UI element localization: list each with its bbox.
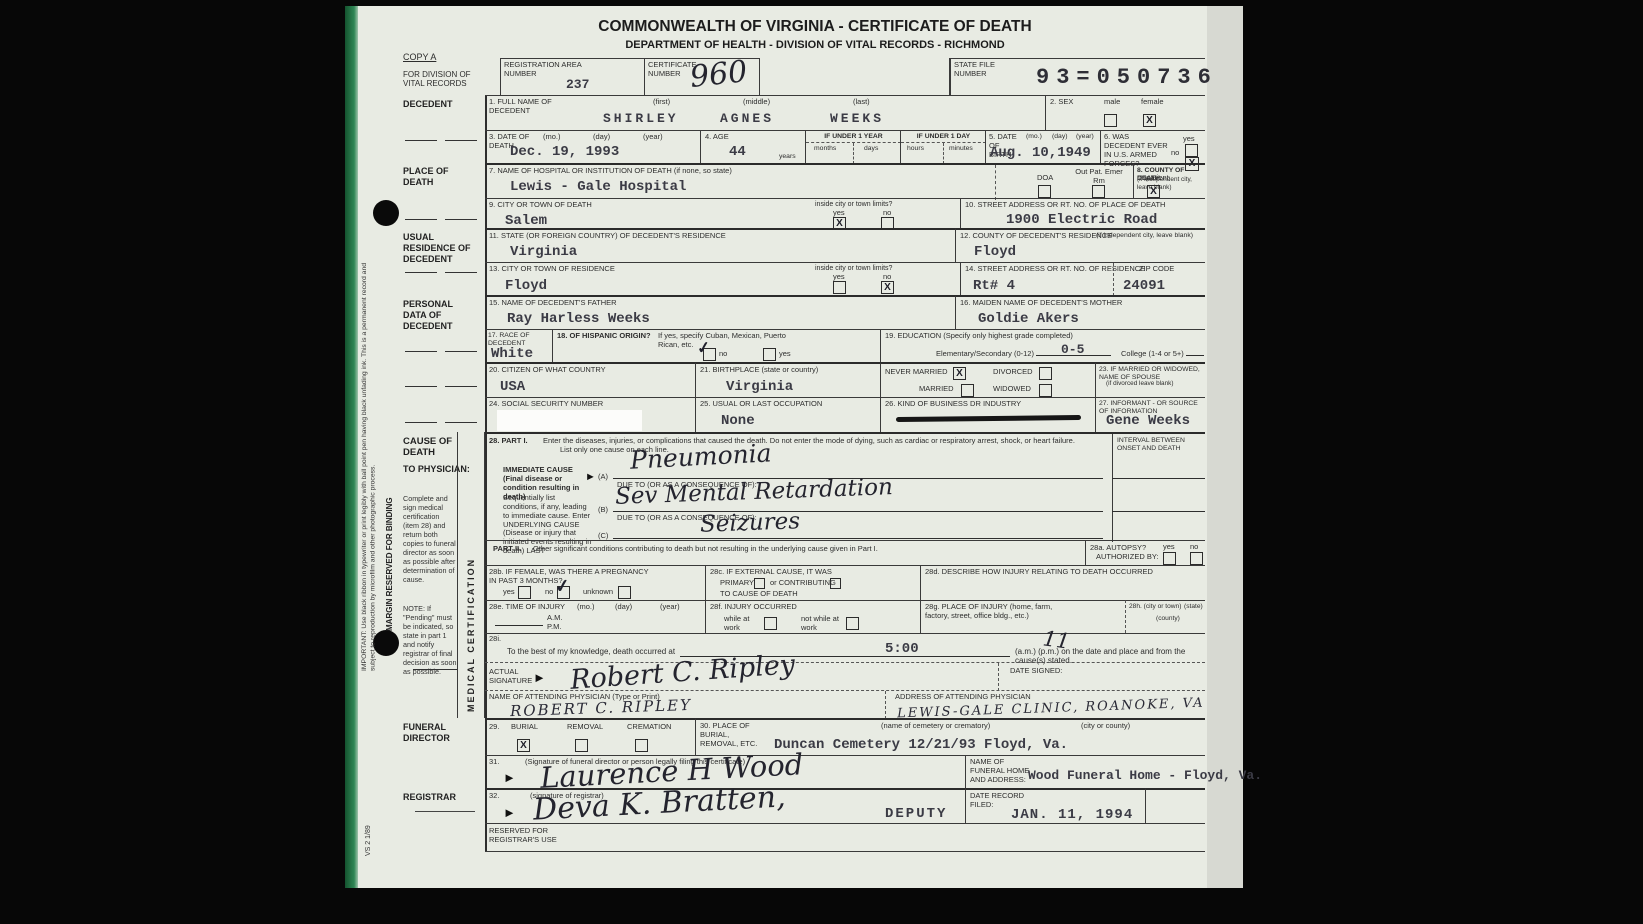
field-8-label2: (if independent city, leave blank) [1137,176,1203,191]
field-10-street: 10. STREET ADDRESS OR RT. NO. OF PLACE O… [960,198,1205,228]
registration-area-value: 237 [566,77,589,92]
field-28h-city-label: 28h. (city or town) [1129,603,1181,611]
primary-label: PRIMARY [720,579,754,588]
field-11-label: 11. STATE (OR FOREIGN COUNTRY) OF DECEDE… [489,232,726,241]
divider-dash [405,422,437,423]
pm-handwritten-mark: 11 [1041,626,1071,653]
autopsy-yes-checkbox [1163,552,1176,565]
divider-dash [445,140,477,141]
field-28f-injury-occurred: 28f. INJURY OCCURRED while at work not w… [705,600,920,633]
field-22-never-married-label: NEVER MARRIED [885,368,948,377]
field-28d-describe-injury: 28d. DESCRIBE HOW INJURY RELATING TO DEA… [920,565,1205,600]
part2-text: Other significant conditions contributin… [533,545,1073,554]
certificate-sheet: IMPORTANT: Use black ribbon in typewrite… [345,6,1243,888]
deputy-value: DEPUTY [885,806,947,822]
actual-signature-arrow-icon: ► [533,670,546,685]
certificate-number-value: 960 [688,54,749,95]
autopsy-authorized-label: AUTHORIZED BY: [1096,553,1159,562]
actual-signature-label-2: SIGNATURE [489,677,532,686]
field-32-label: 32. [489,792,499,801]
field-8-county-of-death: 8. COUNTY OF DEATH (if independent city,… [1133,163,1205,198]
part1-label: 28. PART I. [489,437,528,446]
informant-value: Gene Weeks [1106,413,1190,429]
line-b-label: (B) [598,506,608,515]
divorced-checkbox [1039,367,1052,380]
field-30-label: 30. PLACE OF BURIAL, REMOVAL, ETC. [700,722,760,749]
field-28i-label: 28i. [489,635,501,644]
under-1-year-months: months [814,145,836,153]
under-1-day-rule [901,142,986,143]
outpat-label: Out Pat. Emer Rm [1075,168,1123,186]
hispanic-yes-checkbox [763,348,776,361]
place-of-burial-value: Duncan Cemetery 12/21/93 Floyd, Va. [774,737,1068,753]
decedent-first-name: SHIRLEY [603,111,679,126]
limits-label-13: inside city or town limits? [815,265,905,273]
armed-forces-no-label: no [1171,149,1179,158]
interval-label: INTERVAL BETWEEN ONSET AND DEATH [1117,437,1202,453]
line-b-rule [613,511,1103,512]
primary-checkbox [754,578,765,589]
attending-physician-row: NAME OF ATTENDING PHYSICIAN (Type or Pri… [485,690,1205,718]
field-5-yr: (year) [1076,133,1094,141]
registrar-signature-arrow-icon: ► [503,805,516,820]
field-15-father: 15. NAME OF DECEDENT'S FATHER Ray Harles… [485,295,955,329]
removal-checkbox [575,739,588,752]
under-1-day-divider [943,143,944,164]
under-1-day-label: IF UNDER 1 DAY [901,133,986,141]
field-28i-text: To the best of my knowledge, death occur… [507,647,675,656]
line-a-label: (A) [598,473,608,482]
medical-certification-label: MEDICAL CERTIFICATION [466,442,476,712]
injury-mo-label: (mo.) [577,603,595,612]
field-28h-state-label: (state) [1184,603,1203,611]
field-12-residence-county: 12. COUNTY OF DECEDENT'S RESIDENCE (if i… [955,228,1205,262]
certificate-number-box: CERTIFICATE NUMBER 960 [645,58,760,96]
actual-signature-row: ACTUAL SIGNATURE ► Robert C. Ripley DATE… [485,662,1205,690]
field-28b-pregnancy: 28b. IF FEMALE, WAS THERE A PREGNANCY IN… [485,565,705,600]
field-32-registrar-signature: 32. (signature of registrar) ► Deva K. B… [485,788,965,823]
field-21-label: 21. BIRTHPLACE (state or country) [700,366,818,375]
field-11-residence-state: 11. STATE (OR FOREIGN COUNTRY) OF DECEDE… [485,228,955,262]
certificate-title: COMMONWEALTH OF VIRGINIA - CERTIFICATE O… [495,18,1135,36]
field-3-mo: (mo.) [543,133,561,142]
field-28-part1: 28. PART I. Enter the diseases, injuries… [485,432,1205,540]
under-1-year-rule [806,142,901,143]
sex-female-label: female [1141,98,1164,107]
removal-label: REMOVAL [567,723,603,732]
field-26-label: 26. KIND OF BUSINESS DR INDUSTRY [885,400,1021,409]
city-county-sublabel: (city or county) [1081,722,1130,731]
while-at-work-label: while at work [724,615,759,633]
divider-dash [445,422,477,423]
field-1-label: 1. FULL NAME OF DECEDENT [489,98,559,116]
field-5-date-of-birth: 5. DATE OF BIRTH (mo.) (day) (year) Aug.… [985,130,1100,163]
cremation-checkbox [635,739,648,752]
married-label: MARRIED [919,385,954,394]
field-24-ssn: 24. SOCIAL SECURITY NUMBER [485,397,695,432]
date-of-death-value: Dec. 19, 1993 [510,144,619,160]
education-college-line [1186,355,1204,356]
pregnancy-no-label: no [545,588,553,597]
copy-a-label: COPY A [403,52,436,63]
registrar-empty-box [1145,788,1205,823]
never-married-checkbox: X [953,367,966,380]
doa-label: DOA [1037,174,1053,183]
decedent-last-name: WEEKS [830,111,884,126]
doa-checkbox [1038,185,1051,198]
field-18-label: 18. OF HISPANIC ORIGIN? [557,332,651,341]
residence-state-value: Virginia [510,244,577,260]
education-elementary-line [1036,355,1111,356]
outpat-checkbox [1092,185,1105,198]
reserved-label: RESERVED FOR REGISTRAR'S USE [489,827,559,845]
field-18-hispanic: 18. OF HISPANIC ORIGIN? If yes, specify … [552,329,880,362]
field-25-label: 25. USUAL OR LAST OCCUPATION [700,400,822,409]
pm-label: P.M. [547,623,561,632]
field-3-yr: (year) [643,133,663,142]
reserved-row: RESERVED FOR REGISTRAR'S USE [485,823,1205,852]
field-1-first-label: (first) [653,98,670,107]
field-5-day: (day) [1052,133,1068,141]
field-13-residence-city: 13. CITY OR TOWN OF RESIDENCE Floyd insi… [485,262,960,295]
date-record-filed-box: DATE RECORD FILED: JAN. 11, 1994 [965,788,1145,823]
field-10-label: 10. STREET ADDRESS OR RT. NO. OF PLACE O… [965,201,1165,210]
header-spacer-box [760,58,950,96]
page-right-edge [1207,6,1243,888]
field-19-education: 19. EDUCATION (Specify only highest grad… [880,329,1205,362]
field-26-industry: 26. KIND OF BUSINESS DR INDUSTRY [880,397,1095,432]
education-elementary-label: Elementary/Secondary (0-12) [936,350,1034,359]
funeral-signature-arrow-icon: ► [503,770,516,785]
physician-address-label: ADDRESS OF ATTENDING PHYSICIAN [895,693,1031,702]
residence-street-value: Rt# 4 [973,278,1015,294]
copy-for-label: FOR DIVISION OF VITAL RECORDS [403,70,483,89]
divider-dash [445,386,477,387]
field-23-spouse: 23. IF MARRIED OR WIDOWED, NAME OF SPOUS… [1095,362,1205,397]
armed-forces-yes-label: yes [1183,135,1195,144]
field-12-label: 12. COUNTY OF DECEDENT'S RESIDENCE [960,232,1112,241]
field-28f-label: 28f. INJURY OCCURRED [710,603,797,612]
immediate-cause-arrow-icon: ► [585,471,596,483]
pregnancy-unknown-label: unknown [583,588,613,597]
physician-note-2: NOTE: If "Pending" must be indicated, so… [403,604,457,676]
field-18-label2: If yes, specify Cuban, Mexican, Puerto R… [658,332,808,350]
punch-hole-top [373,200,399,226]
pregnancy-unknown-checkbox [618,586,631,599]
date-signed-label: DATE SIGNED: [1010,667,1062,676]
scanned-death-certificate: IMPORTANT: Use black ribbon in typewrite… [0,0,1643,924]
divider-dash [415,811,475,812]
divider-dash [445,272,477,273]
margin-important-note: IMPORTANT: Use black ribbon in typewrite… [361,261,383,671]
widowed-checkbox [1039,384,1052,397]
state-file-label: STATE FILE NUMBER [954,61,1014,79]
field-29-disposition: 29. BURIAL REMOVAL CREMATION X [485,718,695,755]
under-1-year-days: days [864,145,878,153]
section-personal-data: PERSONAL DATA OF DECEDENT [403,299,473,331]
hispanic-no-checkmark: ✓ [696,337,712,359]
field-5-mo: (mo.) [1026,133,1042,141]
section-registrar: REGISTRAR [403,792,456,803]
hispanic-no-label: no [719,350,727,359]
city-of-death-value: Salem [505,213,547,229]
form-number: VS 2 1/89 [365,796,374,856]
date-filed-value: JAN. 11, 1994 [1011,807,1133,823]
field-1-last-label: (last) [853,98,870,107]
father-name-value: Ray Harless Weeks [507,311,650,327]
limits-13-no-checkbox: X [881,281,894,294]
field-9-label: 9. CITY OR TOWN OF DEATH [489,201,592,210]
field-2-sex: 2. SEX male female X [1045,95,1205,130]
date-of-birth-value: Aug. 10,1949 [990,145,1091,161]
medical-certification-strip: MEDICAL CERTIFICATION [457,432,485,718]
field-9-city-of-death: 9. CITY OR TOWN OF DEATH Salem inside ci… [485,198,960,228]
field-14-residence-street: 14. STREET ADDRESS OR RT. NO. OF RESIDEN… [960,262,1205,295]
education-college-label: College (1-4 or 5+) [1121,350,1184,359]
cremation-label: CREMATION [627,723,671,732]
funeral-home-label: NAME OF FUNERAL HOME AND ADDRESS: [970,758,1030,785]
field-14-label: 14. STREET ADDRESS OR RT. NO. OF RESIDEN… [965,265,1145,274]
field-28c-label: 28c. IF EXTERNAL CAUSE, IT WAS [710,568,832,577]
field-4-under-1-year: IF UNDER 1 YEAR months days [805,130,900,163]
under-1-year-label: IF UNDER 1 YEAR [806,133,901,141]
burial-label: BURIAL [511,723,538,732]
physician-address-divider [885,691,886,719]
field-4-age: 4. AGE 44 years [700,130,805,163]
field-25-occupation: 25. USUAL OR LAST OCCUPATION None [695,397,880,432]
divorced-label: DIVORCED [993,368,1033,377]
field-3-date-of-death: 3. DATE OF DEATH (mo.) (day) (year) Dec.… [485,130,700,163]
field-29-label: 29. [489,723,499,732]
hispanic-yes-label: yes [779,350,791,359]
field-22-marital-status: NEVER MARRIED X DIVORCED MARRIED WIDOWED [880,362,1095,397]
under-1-year-divider [853,143,854,164]
field-7-label: 7. NAME OF HOSPITAL OR INSTITUTION OF DE… [489,167,732,176]
physician-note-1: Complete and sign medical certification … [403,494,457,584]
age-years-label: years [779,153,796,161]
time-of-death-value: 5:00 [885,641,919,657]
field-28e-time-of-injury: 28e. TIME OF INJURY (mo.) (day) (year) A… [485,600,705,633]
not-while-at-work-checkbox [846,617,859,630]
margin-binding-title: MARGIN RESERVED FOR BINDING [385,301,394,631]
divider-dash [445,219,477,220]
date-signed-divider [998,663,999,691]
funeral-home-box: NAME OF FUNERAL HOME AND ADDRESS: Wood F… [965,755,1205,788]
residence-city-value: Floyd [505,278,547,294]
mother-name-value: Goldie Akers [978,311,1079,327]
part2-label: PART II. [493,545,521,554]
to-cause-label: TO CAUSE OF DEATH [720,590,798,599]
zip-dashed-divider [1113,263,1114,296]
armed-forces-yes-checkbox [1185,144,1198,157]
field-7-dashed-divider [995,165,996,200]
field-28h-city-county-state: 28h. (city or town) (county) (state) [1125,600,1205,633]
field-20-citizen: 20. CITIZEN OF WHAT COUNTRY USA [485,362,695,397]
field-28e-label: 28e. TIME OF INJURY [489,603,565,612]
field-16-label: 16. MAIDEN NAME OF DECEDENT'S MOTHER [960,299,1122,308]
street-of-death-value: 1900 Electric Road [1006,212,1157,228]
section-funeral-director: FUNERAL DIRECTOR [403,722,463,744]
birthplace-value: Virginia [726,379,793,395]
state-file-box: STATE FILE NUMBER 93=050736 [950,58,1205,96]
field-28g-label: 28g. PLACE OF INJURY (home, farm, factor… [925,603,1055,621]
field-31-label: 31. [489,758,499,767]
binding-green-strip [345,6,358,888]
pregnancy-yes-checkbox [518,586,531,599]
registration-area-box: REGISTRATION AREA NUMBER 237 [500,58,645,96]
interval-rule-2 [1112,511,1205,512]
divider-dash [445,351,477,352]
industry-redaction-bar [896,415,1081,422]
field-28h-county-label: (county) [1156,615,1180,623]
field-3-day: (day) [593,133,610,142]
field-28g-place-of-injury: 28g. PLACE OF INJURY (home, farm, factor… [920,600,1125,633]
section-place-of-death: PLACE OF DEATH [403,166,463,188]
sex-male-checkbox [1104,114,1117,127]
field-20-label: 20. CITIZEN OF WHAT COUNTRY [489,366,606,375]
field-15-label: 15. NAME OF DECEDENT'S FATHER [489,299,617,308]
widowed-label: WIDOWED [993,385,1031,394]
cemetery-sublabel: (name of cemetery or crematory) [881,722,990,731]
divider-dash [413,669,457,670]
residence-county-value: Floyd [974,244,1016,260]
contributing-checkbox [830,578,841,589]
zip-label: ZIP CODE [1139,265,1174,274]
decedent-middle-name: AGNES [720,111,774,126]
divider-dash [405,140,437,141]
occupation-value: None [721,413,755,429]
zip-value: 24091 [1123,278,1165,294]
field-13-label: 13. CITY OR TOWN OF RESIDENCE [489,265,615,274]
part2-row: PART II. Other significant conditions co… [485,540,1205,565]
injury-time-line [495,625,543,626]
field-4-label: 4. AGE [705,133,729,142]
field-24-label: 24. SOCIAL SECURITY NUMBER [489,400,603,409]
ssn-redaction [497,410,642,431]
field-17-race: 17. RACE OF DECEDENT White [485,329,552,362]
cause-a-value: Pneumonia [629,438,772,474]
divider-dash [405,351,437,352]
line-c-rule [613,538,1103,539]
pregnancy-no-checkmark: ✓ [554,575,572,598]
under-1-day-minutes: minutes [949,145,973,153]
autopsy-yes-label: yes [1163,543,1175,552]
field-16-mother: 16. MAIDEN NAME OF DECEDENT'S MOTHER Gol… [955,295,1205,329]
field-21-birthplace: 21. BIRTHPLACE (state or country) Virgin… [695,362,880,397]
burial-checkbox: X [517,739,530,752]
pregnancy-yes-label: yes [503,588,515,597]
interval-rule-1 [1112,478,1205,479]
field-23-label2: (if divorced leave blank) [1106,380,1174,388]
field-28d-label: 28d. DESCRIBE HOW INJURY RELATING TO DEA… [925,568,1153,577]
limits-label-9: inside city or town limits? [815,201,905,209]
field-7-hospital: 7. NAME OF HOSPITAL OR INSTITUTION OF DE… [485,163,1133,198]
funeral-home-value: Wood Funeral Home - Floyd, Va. [1028,768,1262,783]
not-while-at-work-label: not while at work [801,615,841,633]
divider-dash [405,219,437,220]
certificate-subtitle: DEPARTMENT OF HEALTH - DIVISION OF VITAL… [495,39,1135,51]
race-value: White [491,346,533,362]
sex-male-label: male [1104,98,1120,107]
section-decedent: DECEDENT [403,99,453,110]
cause-c-value: Seizures [700,508,801,537]
field-19-label: 19. EDUCATION (Specify only highest grad… [885,332,1073,341]
field-27-informant: 27. INFORMANT - OR SOURCE OF INFORMATION… [1095,397,1205,432]
field-12-label2: (if independent city, leave blank) [1096,232,1193,240]
field-28i-statement: 28i. To the best of my knowledge, death … [485,633,1205,662]
field-6-armed-forces: 6. WAS DECEDENT EVER IN U.S. ARMED FORCE… [1100,130,1205,163]
under-1-day-hours: hours [907,145,924,153]
limits-13-yes-checkbox [833,281,846,294]
field-28c-external-cause: 28c. IF EXTERNAL CAUSE, IT WAS PRIMARY o… [705,565,920,600]
autopsy-no-checkbox [1190,552,1203,565]
contributing-label: or CONTRIBUTING [770,579,836,588]
injury-yr-label: (year) [660,603,680,612]
field-4-under-1-day: IF UNDER 1 DAY hours minutes [900,130,985,163]
citizen-value: USA [500,379,525,395]
hospital-value: Lewis - Gale Hospital [510,179,686,195]
age-value: 44 [729,144,746,160]
section-usual-residence: USUAL RESIDENCE OF DECEDENT [403,232,473,264]
sex-female-checkbox: X [1143,114,1156,127]
injury-day-label: (day) [615,603,632,612]
divider-dash [405,386,437,387]
while-at-work-checkbox [764,617,777,630]
field-2-label: 2. SEX [1050,98,1073,107]
married-checkbox [961,384,974,397]
divider-dash [405,272,437,273]
autopsy-no-label: no [1190,543,1198,552]
state-file-value: 93=050736 [1036,65,1218,90]
field-1-middle-label: (middle) [743,98,770,107]
